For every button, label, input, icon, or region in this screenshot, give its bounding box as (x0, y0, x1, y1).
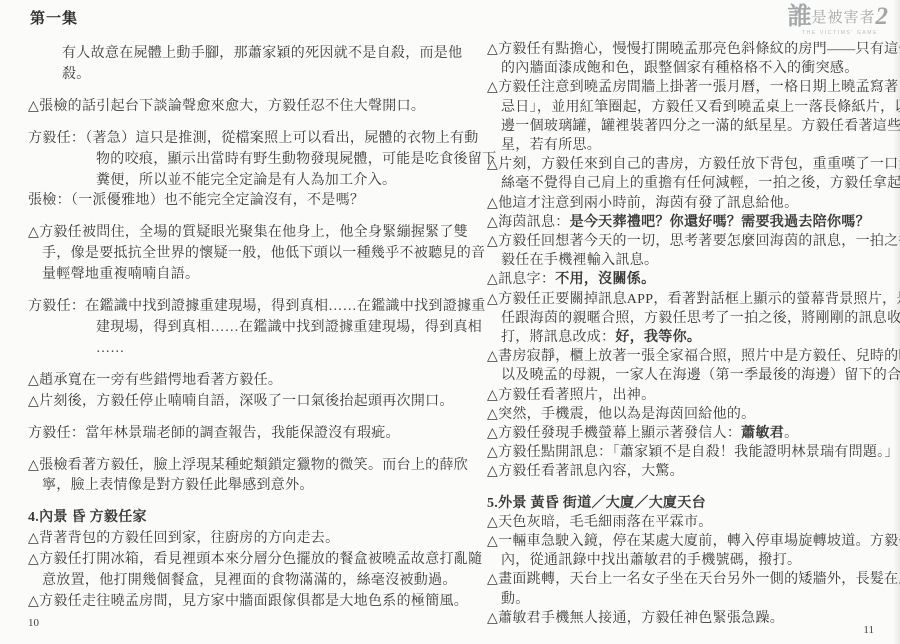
line-text: △方毅任點開訊息：「蕭家穎不是自殺！我能證明林景瑞有問題。」 (487, 445, 899, 460)
scan-edge-shadow (893, 0, 900, 644)
line-text-bold: 不用，沒關係。 (555, 272, 655, 287)
line-text: 方毅任：當年林景瑞老師的調查報告，我能保證沒有瑕疵。 (28, 426, 400, 441)
scene-heading: 5.外景 黃昏 街道／大廈／大廈天台 (487, 494, 887, 513)
line-text: △突然，手機震，他以為是海茵回給他的。 (487, 407, 755, 422)
logo-tagline: THE VICTIMS' GAME (768, 31, 878, 36)
script-line: 邊一個玻璃罐，罐裡裝著四分之一滿的紙星星。方毅任看著這些紙星 (487, 117, 887, 136)
line-text: △張檢看著方毅任，臉上浮現某種蛇類鎖定獵物的微笑。而台上的薛欣 (28, 458, 468, 473)
line-text: 量輕聲地重複喃喃自語。 (42, 267, 199, 282)
script-line: 星，若有所思。 (487, 136, 887, 155)
line-text: 糞便，所以並不能完全定論是有人為加工介入。 (96, 173, 396, 188)
left-page-text: 有人故意在屍體上動手腳，那蕭家穎的死因就不是自殺，而是他 殺。 △張檢的話引起台… (28, 44, 440, 613)
script-line: △背著背包的方毅任回到家，往廚房的方向走去。 (28, 529, 440, 550)
line-text: 的內牆面漆成飽和色，跟整個家有種格格不入的衝突感。 (501, 61, 859, 76)
script-line: 方毅任：在鑑識中找到證據重建現場，得到真相……在鑑識中找到證據重 (28, 297, 440, 318)
line-text: 以及曉孟的母親，一家人在海邊（第一季最後的海邊）留下的合影。 (501, 368, 900, 383)
script-line: △片刻後，方毅任停止喃喃自語，深吸了一口氣後抬起頭再次開口。 (28, 392, 440, 413)
line-text: 方毅任：在鑑識中找到證據重建現場，得到真相……在鑑識中找到證據重 (28, 299, 486, 314)
script-line: 方毅任：（著急）這只是推測，從檔案照上可以看出，屍體的衣物上有動 (28, 129, 440, 150)
line-text: △趙承寬在一旁有些錯愕地看著方毅任。 (28, 373, 282, 388)
script-line: △方毅任看著訊息內容，大驚。 (487, 462, 887, 481)
line-text: 動。 (501, 592, 530, 607)
line-text: △書房寂靜，櫃上放著一張全家福合照，照片中是方毅任、兒時的曉孟， (487, 349, 900, 364)
script-line: △他這才注意到兩小時前，海茵有發了訊息給他。 (487, 194, 887, 213)
script-line: 方毅任：當年林景瑞老師的調查報告，我能保證沒有瑕疵。 (28, 424, 440, 445)
script-line: 忌日」，並用紅筆圈起，方毅任又看到曉孟桌上一落長條紙片，以及旁 (487, 98, 887, 117)
line-text: △一輛車急駛入鏡，停在某處大廈前，轉入停車場旋轉坡道。方毅任在車 (487, 534, 900, 549)
script-line-message: △方毅任發現手機螢幕上顯示著發信人：蕭敏君。 (487, 424, 887, 443)
line-text: △方毅任正要關掉訊息APP，看著對話框上顯示的螢幕背景照片，是方毅 (487, 292, 900, 307)
line-text: …… (96, 341, 125, 356)
script-line: 以及曉孟的母親，一家人在海邊（第一季最後的海邊）留下的合影。 (487, 366, 887, 385)
line-text: △方毅任看著照片，出神。 (487, 388, 655, 403)
script-line: 絲毫不覺得自己肩上的重擔有任何減輕，一拍之後，方毅任拿起手機。 (487, 174, 887, 193)
line-text: △方毅任被問住，全場的質疑眼光聚集在他身上，他全身緊繃握緊了雙 (28, 225, 468, 240)
line-text: 物的咬痕，顯示出當時有野生動物發現屍體，可能是吃食後留下 (96, 152, 496, 167)
script-line: △蕭敏君手機無人接通，方毅任神色緊張急躁。 (487, 609, 887, 628)
script-line: △方毅任被問住，全場的質疑眼光聚集在他身上，他全身緊繃握緊了雙 (28, 223, 440, 244)
scene-heading: 4.內景 昏 方毅任家 (28, 508, 440, 529)
line-text: △蕭敏君手機無人接通，方毅任神色緊張急躁。 (487, 611, 784, 626)
line-text: △方毅任有點擔心，慢慢打開曉孟那亮色斜條紋的房門——只有這個房間 (487, 42, 900, 57)
line-text: △方毅任走往曉孟房間，見方家中牆面跟傢俱都是大地色系的極簡風。 (28, 594, 468, 609)
line-text: △方毅任回想著今天的一切，思考著要怎麼回海茵的訊息，一拍之後，方 (487, 234, 900, 249)
script-line: 殺。 (28, 65, 440, 86)
line-text: △片刻，方毅任來到自己的書房，方毅任放下背包，重重嘆了一口氣，卻 (487, 157, 900, 172)
line-text: 4.內景 昏 方毅任家 (28, 510, 147, 525)
line-text: △方毅任發現手機螢幕上顯示著發信人： (487, 426, 741, 441)
script-line: △畫面跳轉，天台上一名女子坐在天台另外一側的矮牆外，長髮在風中飄 (487, 570, 887, 589)
line-text: 殺。 (62, 67, 91, 82)
line-text: △訊息字： (487, 272, 555, 287)
page-number-left: 10 (28, 617, 39, 629)
line-text: 毅任在手機裡輸入訊息。 (501, 253, 658, 268)
script-line: △方毅任打開冰箱，看見裡頭本來分層分色擺放的餐盒被曉孟故意打亂隨 (28, 550, 440, 571)
line-text: △天色灰暗，毛毛細雨落在平霖市。 (487, 515, 713, 530)
logo-main-char: 誰 (787, 4, 811, 30)
script-line: 物的咬痕，顯示出當時有野生動物發現屍體，可能是吃食後留下 (28, 150, 440, 171)
script-line: 毅任在手機裡輸入訊息。 (487, 251, 887, 270)
line-text: 寧，臉上表情像是對方毅任此舉感到意外。 (42, 478, 314, 493)
script-line: △張檢看著方毅任，臉上浮現某種蛇類鎖定獵物的微笑。而台上的薛欣 (28, 456, 440, 477)
script-line: 手，像是要抵抗全世界的懷疑一般，他低下頭以一種幾乎不被聽見的音 (28, 244, 440, 265)
line-text: △背著背包的方毅任回到家，往廚房的方向走去。 (28, 531, 339, 546)
script-line: △方毅任回想著今天的一切，思考著要怎麼回海茵的訊息，一拍之後，方 (487, 232, 887, 251)
line-text: 5.外景 黃昏 街道／大廈／大廈天台 (487, 496, 706, 511)
line-text: 絲毫不覺得自己肩上的重擔有任何減輕，一拍之後，方毅任拿起手機。 (501, 176, 900, 191)
script-line: 的內牆面漆成飽和色，跟整個家有種格格不入的衝突感。 (487, 59, 887, 78)
script-line: 糞便，所以並不能完全定論是有人為加工介入。 (28, 171, 440, 192)
line-text: 星，若有所思。 (501, 138, 601, 153)
page-number-right: 11 (863, 624, 874, 636)
script-line: 意放置，他打開幾個餐盒，見裡面的食物滿滿的，絲毫沒被動過。 (28, 571, 440, 592)
series-logo: 誰是被害者2 THE VICTIMS' GAME (768, 4, 888, 36)
script-line: △突然，手機震，他以為是海茵回給他的。 (487, 405, 887, 424)
script-line: 有人故意在屍體上動手腳，那蕭家穎的死因就不是自殺，而是他 (28, 44, 440, 65)
line-text: △張檢的話引起台下談論聲愈來愈大，方毅任忍不住大聲開口。 (28, 99, 425, 114)
script-line: △方毅任注意到曉孟房間牆上掛著一張月曆，一格日期上曉孟寫著「媽媽 (487, 78, 887, 97)
script-line: △方毅任走往曉孟房間，見方家中牆面跟傢俱都是大地色系的極簡風。 (28, 592, 440, 613)
script-line: △張檢的話引起台下談論聲愈來愈大，方毅任忍不住大聲開口。 (28, 97, 440, 118)
line-text: △片刻後，方毅任停止喃喃自語，深吸了一口氣後抬起頭再次開口。 (28, 394, 454, 409)
line-text: 手，像是要抵抗全世界的懷疑一般，他低下頭以一種幾乎不被聽見的音 (42, 246, 485, 261)
script-line-message: 打，將訊息改成：好，我等你。 (487, 328, 887, 347)
episode-label: 第一集 (30, 7, 78, 28)
script-line: △方毅任有點擔心，慢慢打開曉孟那亮色斜條紋的房門——只有這個房間 (487, 40, 887, 59)
script-line: △一輛車急駛入鏡，停在某處大廈前，轉入停車場旋轉坡道。方毅任在車 (487, 532, 887, 551)
line-text-bold: 好，我等你。 (615, 330, 701, 345)
line-text: 張檢：（一派優雅地）也不能完全定論沒有，不是嗎？ (28, 193, 364, 208)
script-line: 任跟海茵的親暱合照，方毅任思考了一拍之後，將剛剛的訊息收回，重 (487, 309, 887, 328)
script-line: 張檢：（一派優雅地）也不能完全定論沒有，不是嗎？ (28, 191, 440, 212)
script-line: △趙承寬在一旁有些錯愕地看著方毅任。 (28, 371, 440, 392)
line-text: 有人故意在屍體上動手腳，那蕭家穎的死因就不是自殺，而是他 (62, 46, 462, 61)
line-text-suffix: 。 (784, 426, 798, 441)
line-text: 忌日」，並用紅筆圈起，方毅任又看到曉孟桌上一落長條紙片，以及旁 (501, 100, 900, 115)
line-text: 內，從通訊錄中找出蕭敏君的手機號碼，撥打。 (501, 553, 801, 568)
line-text: △海茵訊息： (487, 215, 570, 230)
logo-number: 2 (876, 3, 889, 30)
line-text: 建現場，得到真相……在鑑識中找到證據重建現場，得到真相 (96, 320, 482, 335)
script-line: △方毅任看著照片，出神。 (487, 386, 887, 405)
line-text: △方毅任注意到曉孟房間牆上掛著一張月曆，一格日期上曉孟寫著「媽媽 (487, 80, 900, 95)
script-line: 量輕聲地重複喃喃自語。 (28, 265, 440, 286)
script-line-message: △海茵訊息：是今天葬禮吧？你還好嗎？需要我過去陪你嗎？ (487, 213, 887, 232)
script-line-message: △訊息字：不用，沒關係。 (487, 270, 887, 289)
line-text-bold: 是今天葬禮吧？你還好嗎？需要我過去陪你嗎？ (570, 215, 870, 230)
line-text: 方毅任：（著急）這只是推測，從檔案照上可以看出，屍體的衣物上有動 (28, 131, 479, 146)
line-text: △方毅任打開冰箱，看見裡頭本來分層分色擺放的餐盒被曉孟故意打亂隨 (28, 552, 482, 567)
right-page-text: △方毅任有點擔心，慢慢打開曉孟那亮色斜條紋的房門——只有這個房間 的內牆面漆成飽… (487, 40, 887, 628)
script-line: △天色灰暗，毛毛細雨落在平霖市。 (487, 513, 887, 532)
line-text: 意放置，他打開幾個餐盒，見裡面的食物滿滿的，絲毫沒被動過。 (42, 573, 457, 588)
script-line: △方毅任正要關掉訊息APP，看著對話框上顯示的螢幕背景照片，是方毅 (487, 290, 887, 309)
script-line: 建現場，得到真相……在鑑識中找到證據重建現場，得到真相 (28, 318, 440, 339)
script-line: △書房寂靜，櫃上放著一張全家福合照，照片中是方毅任、兒時的曉孟， (487, 347, 887, 366)
line-text: 打，將訊息改成： (501, 330, 615, 345)
line-text: △方毅任看著訊息內容，大驚。 (487, 464, 684, 479)
line-text: △他這才注意到兩小時前，海茵有發了訊息給他。 (487, 196, 798, 211)
script-line: △方毅任點開訊息：「蕭家穎不是自殺！我能證明林景瑞有問題。」 (487, 443, 887, 462)
logo-title-text: 是被害者 (811, 10, 875, 26)
script-line: 內，從通訊錄中找出蕭敏君的手機號碼，撥打。 (487, 551, 887, 570)
line-text: 邊一個玻璃罐，罐裡裝著四分之一滿的紙星星。方毅任看著這些紙星 (501, 119, 900, 134)
line-text: △畫面跳轉，天台上一名女子坐在天台另外一側的矮牆外，長髮在風中飄 (487, 572, 900, 587)
script-line: …… (28, 339, 440, 360)
line-text: 任跟海茵的親暱合照，方毅任思考了一拍之後，將剛剛的訊息收回，重 (501, 311, 900, 326)
line-text-bold: 蕭敏君 (741, 426, 784, 441)
script-line: 寧，臉上表情像是對方毅任此舉感到意外。 (28, 476, 440, 497)
script-line: △片刻，方毅任來到自己的書房，方毅任放下背包，重重嘆了一口氣，卻 (487, 155, 887, 174)
script-line: 動。 (487, 590, 887, 609)
